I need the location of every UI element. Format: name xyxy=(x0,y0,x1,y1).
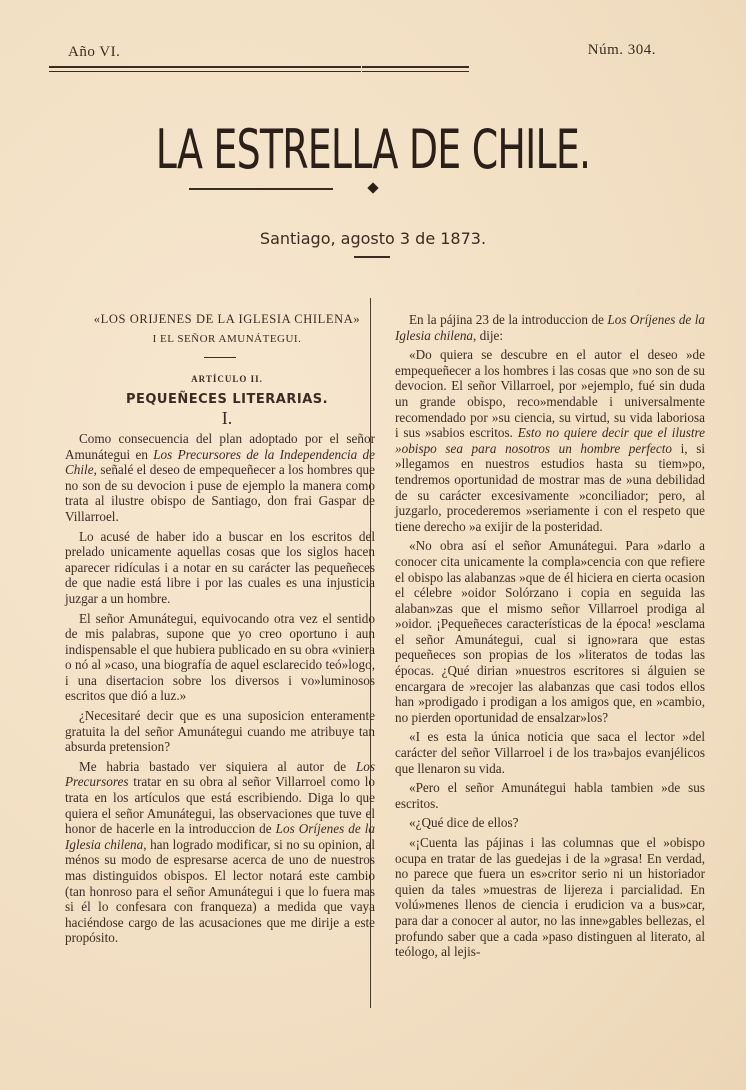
article-subheading: I EL SEÑOR AMUNÁTEGUI. xyxy=(65,332,375,348)
masthead-rule-right xyxy=(362,66,469,72)
article-label: ARTÍCULO II. xyxy=(65,372,375,388)
paragraph: Lo acusé de haber ido a buscar en los es… xyxy=(65,529,375,607)
paragraph: En la pájina 23 de la introduccion de Lo… xyxy=(395,312,705,343)
issue-number: Núm. 304. xyxy=(588,42,656,59)
left-column: «LOS ORIJENES DE LA IGLESIA CHILENA» I E… xyxy=(65,312,375,950)
quoted-paragraph: «I es esta la única noticia que saca el … xyxy=(395,729,705,776)
quoted-paragraph: «Pero el señor Amunátegui habla tambien … xyxy=(395,780,705,811)
paragraph: Me habria bastado ver siquiera al autor … xyxy=(65,759,375,946)
diamond-ornament-icon xyxy=(367,182,378,193)
section-title: PEQUEÑECES LITERARIAS. xyxy=(65,392,375,408)
paragraph: Como consecuencia del plan adoptado por … xyxy=(65,431,375,525)
heading-rule xyxy=(204,357,236,358)
quoted-paragraph: «Do quiera se descubre en el autor el de… xyxy=(395,347,705,534)
paragraph: ¿Necesitaré decir que es una suposicion … xyxy=(65,708,375,755)
quoted-paragraph: «¿Qué dice de ellos? xyxy=(395,815,705,831)
newspaper-title: LA ESTRELLA DE CHILE. xyxy=(82,118,664,181)
quoted-paragraph: «¡Cuenta las pájinas i las columnas que … xyxy=(395,835,705,960)
year-label: Año VI. xyxy=(68,44,468,61)
paragraph: El señor Amunátegui, equivocando otra ve… xyxy=(65,611,375,705)
dateline-rule xyxy=(354,256,390,258)
quoted-paragraph: «No obra así el señor Amunátegui. Para »… xyxy=(395,538,705,725)
newspaper-page: Año VI. Núm. 304. LA ESTRELLA DE CHILE. … xyxy=(0,0,746,1090)
dateline: Santiago, agosto 3 de 1873. xyxy=(0,229,746,248)
section-number: I. xyxy=(65,411,375,427)
masthead-rule-left xyxy=(49,66,361,72)
ornament-rule xyxy=(189,188,333,190)
article-heading: «LOS ORIJENES DE LA IGLESIA CHILENA» xyxy=(65,312,375,328)
right-column: En la pájina 23 de la introduccion de Lo… xyxy=(395,312,705,964)
